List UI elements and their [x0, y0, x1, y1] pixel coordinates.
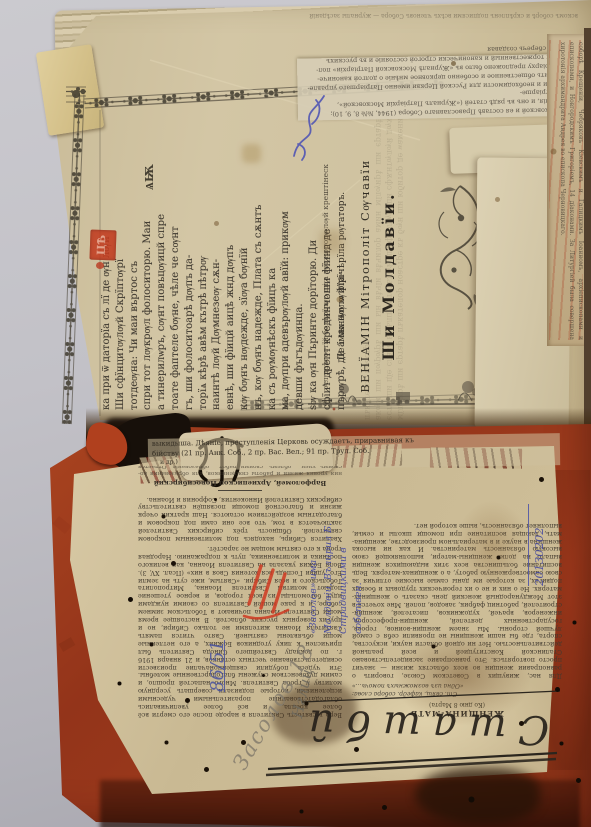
wormholes [0, 0, 3, 3]
large-inscription: Сшашби̑ [282, 685, 564, 764]
photo-of-old-book: ка при ѿ даторїа съ лї де ѹн лѹй Ши сфїн… [0, 0, 591, 827]
